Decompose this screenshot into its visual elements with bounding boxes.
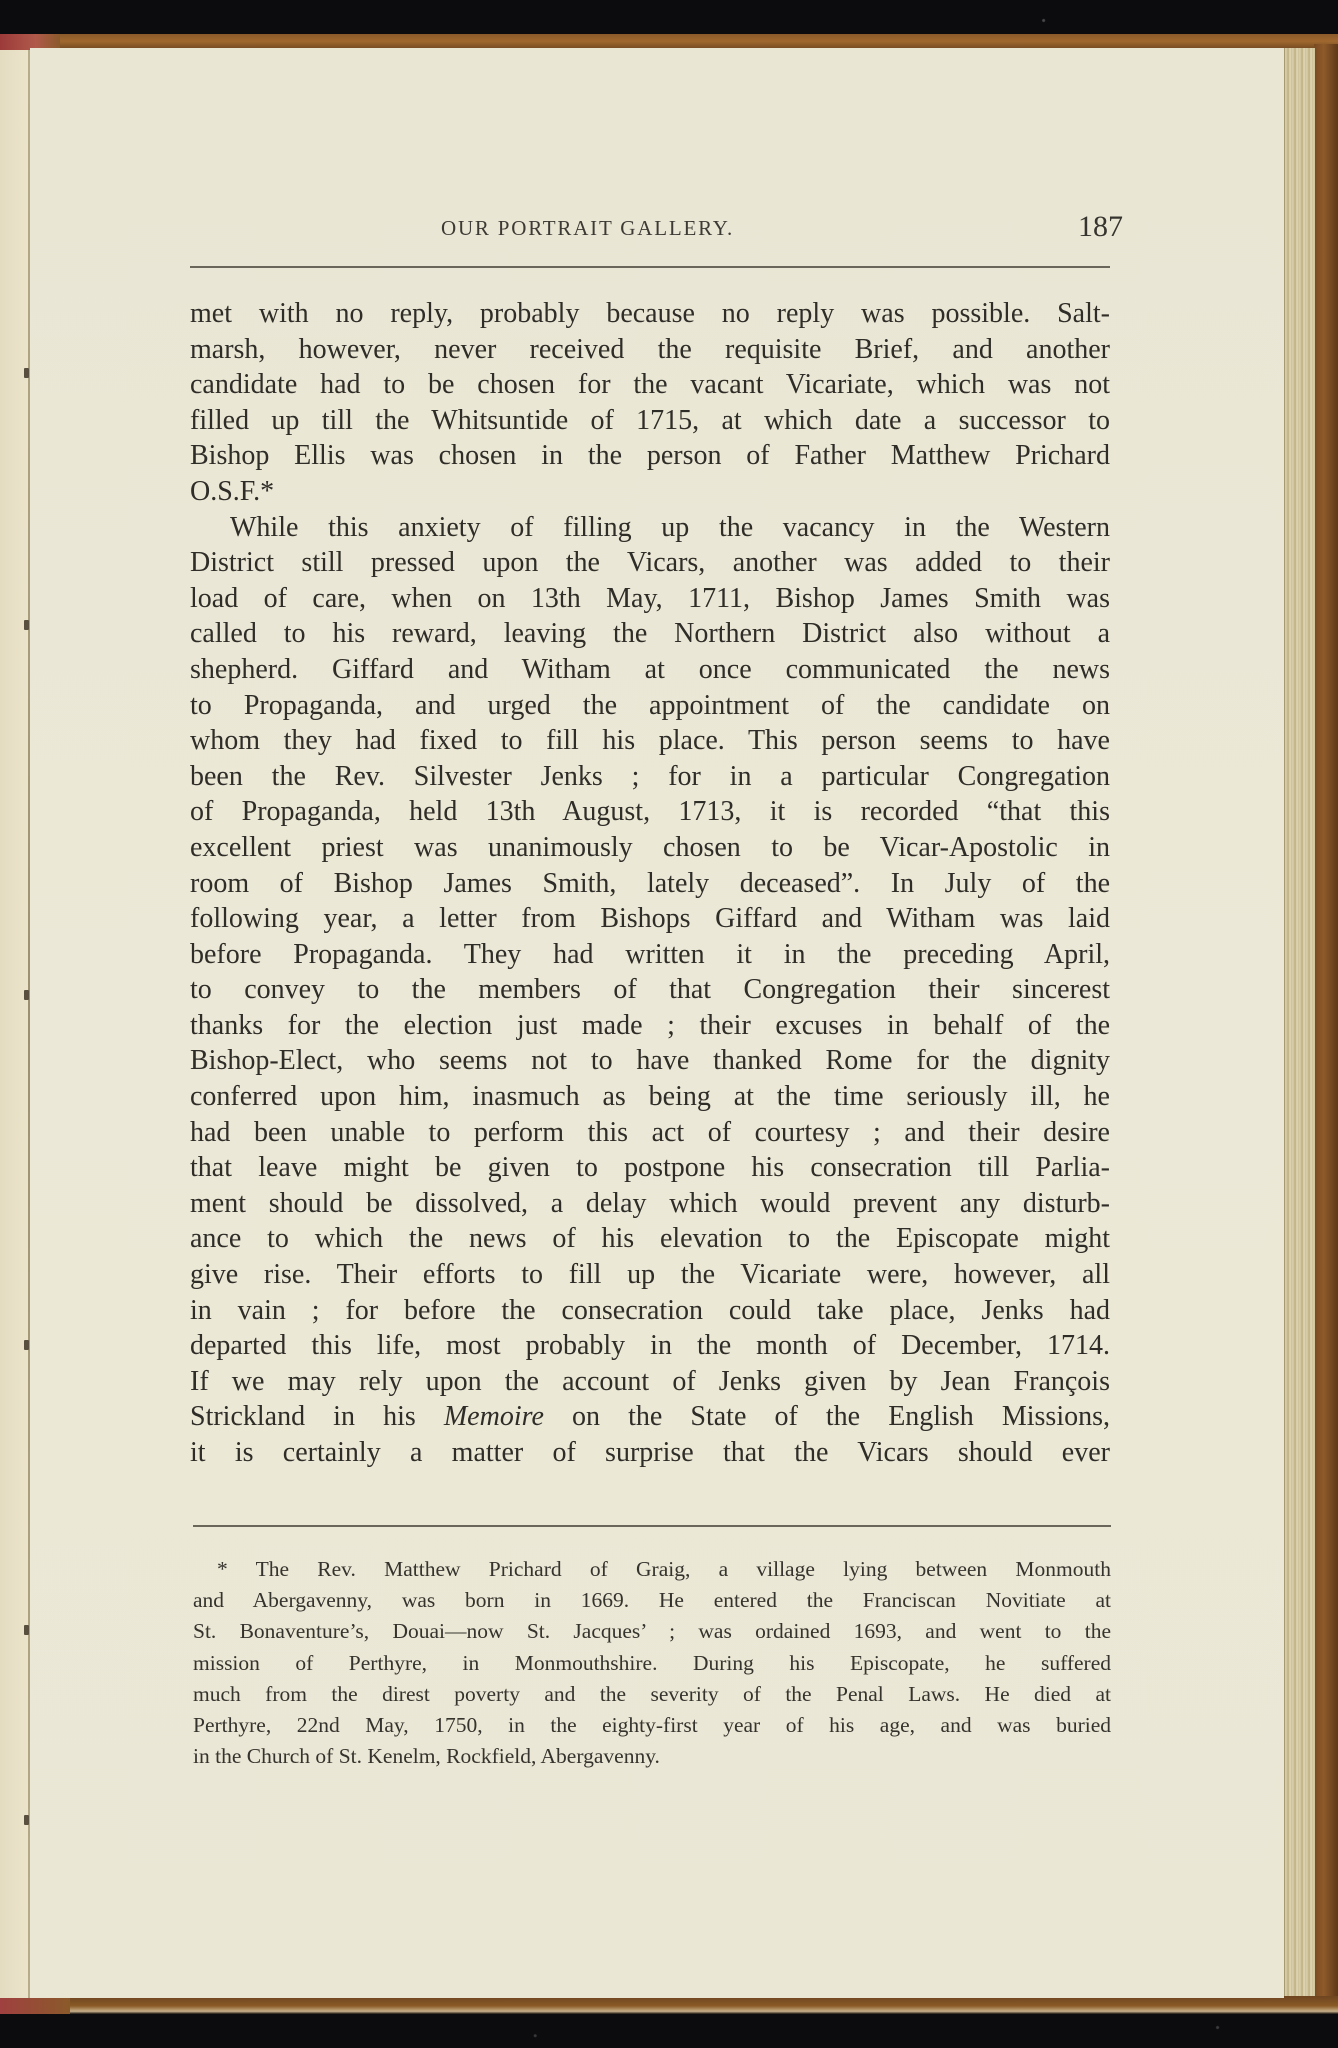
text-line: in vain ; for before the consecration co… xyxy=(190,1293,1110,1329)
footnote-rule xyxy=(193,1525,1111,1527)
footnote-line: much from the direst poverty and the sev… xyxy=(193,1679,1111,1710)
footnote-line: St. Bonaventure’s, Douai—now St. Jacques… xyxy=(193,1616,1111,1647)
footnote-line: * The Rev. Matthew Prichard of Graig, a … xyxy=(193,1554,1111,1585)
text-line: give rise. Their efforts to fill up the … xyxy=(190,1257,1110,1293)
text-line: before Propaganda. They had written it i… xyxy=(190,937,1110,973)
text-line: it is certainly a matter of surprise tha… xyxy=(190,1435,1110,1471)
gutter-thread-mark xyxy=(24,1815,29,1825)
gutter-thread-mark xyxy=(24,990,29,1000)
text-line: shepherd. Giffard and Witham at once com… xyxy=(190,652,1110,688)
text-line: District still pressed upon the Vicars, … xyxy=(190,545,1110,581)
main-text: met with no reply, probably because no r… xyxy=(190,296,1110,1471)
page-number: 187 xyxy=(1078,210,1123,244)
paragraph-start-line: While this anxiety of filling up the vac… xyxy=(190,510,1110,546)
running-head: OUR PORTRAIT GALLERY. 187 xyxy=(30,210,1284,250)
header-rule xyxy=(190,266,1110,268)
text-line-with-italic: Strickland in his Memoire on the State o… xyxy=(190,1399,1110,1435)
text-line: following year, a letter from Bishops Gi… xyxy=(190,901,1110,937)
footnote: * The Rev. Matthew Prichard of Graig, a … xyxy=(193,1554,1111,1772)
text-line: filled up till the Whitsuntide of 1715, … xyxy=(190,403,1110,439)
book-page: OUR PORTRAIT GALLERY. 187 met with no re… xyxy=(30,48,1284,1998)
text-line: met with no reply, probably because no r… xyxy=(190,296,1110,332)
footnote-line: mission of Perthyre, in Monmouthshire. D… xyxy=(193,1648,1111,1679)
text-line: Bishop Ellis was chosen in the person of… xyxy=(190,438,1110,474)
facing-page-sliver xyxy=(0,50,28,1998)
text-line: of Propaganda, held 13th August, 1713, i… xyxy=(190,794,1110,830)
text-line: been the Rev. Silvester Jenks ; for in a… xyxy=(190,759,1110,795)
text-line: ance to which the news of his elevation … xyxy=(190,1221,1110,1257)
text-segment: Strickland in his xyxy=(190,1401,444,1432)
gutter-thread-mark xyxy=(24,368,29,378)
text-line: Bishop-Elect, who seems not to have than… xyxy=(190,1043,1110,1079)
gutter-thread-mark xyxy=(24,1625,29,1635)
italic-title-memoire: Memoire xyxy=(444,1401,544,1432)
text-line: room of Bishop James Smith, lately decea… xyxy=(190,866,1110,902)
gutter-thread-mark xyxy=(24,620,29,630)
text-line: conferred upon him, inasmuch as being at… xyxy=(190,1079,1110,1115)
text-line: ment should be dissolved, a delay which … xyxy=(190,1186,1110,1222)
text-line: thanks for the election just made ; thei… xyxy=(190,1008,1110,1044)
text-line: If we may rely upon the account of Jenks… xyxy=(190,1364,1110,1400)
text-line: marsh, however, never received the requi… xyxy=(190,332,1110,368)
text-segment: on the State of the English Missions, xyxy=(544,1401,1110,1432)
book-cover-right-edge xyxy=(1314,44,1338,2014)
text-line: load of care, when on 13th May, 1711, Bi… xyxy=(190,581,1110,617)
text-line: to convey to the members of that Congreg… xyxy=(190,972,1110,1008)
text-line: O.S.F.* xyxy=(190,474,1110,510)
text-line: candidate had to be chosen for the vacan… xyxy=(190,367,1110,403)
text-line: that leave might be given to postpone hi… xyxy=(190,1150,1110,1186)
footnote-line: and Abergavenny, was born in 1669. He en… xyxy=(193,1585,1111,1616)
text-line: departed this life, most probably in the… xyxy=(190,1328,1110,1364)
text-line: whom they had fixed to fill his place. T… xyxy=(190,723,1110,759)
text-line: excellent priest was unanimously chosen … xyxy=(190,830,1110,866)
text-line: called to his reward, leaving the Northe… xyxy=(190,616,1110,652)
page-stack-edges xyxy=(1284,48,1315,2000)
footnote-line: Perthyre, 22nd May, 1750, in the eighty-… xyxy=(193,1710,1111,1741)
book-binding-bottom-edge xyxy=(0,1996,1338,2014)
text-line: had been unable to perform this act of c… xyxy=(190,1115,1110,1151)
text-line: to Propaganda, and urged the appointment… xyxy=(190,688,1110,724)
running-title: OUR PORTRAIT GALLERY. xyxy=(441,216,734,241)
gutter-thread-mark xyxy=(24,1340,29,1350)
footnote-line: in the Church of St. Kenelm, Rockfield, … xyxy=(193,1741,1111,1772)
